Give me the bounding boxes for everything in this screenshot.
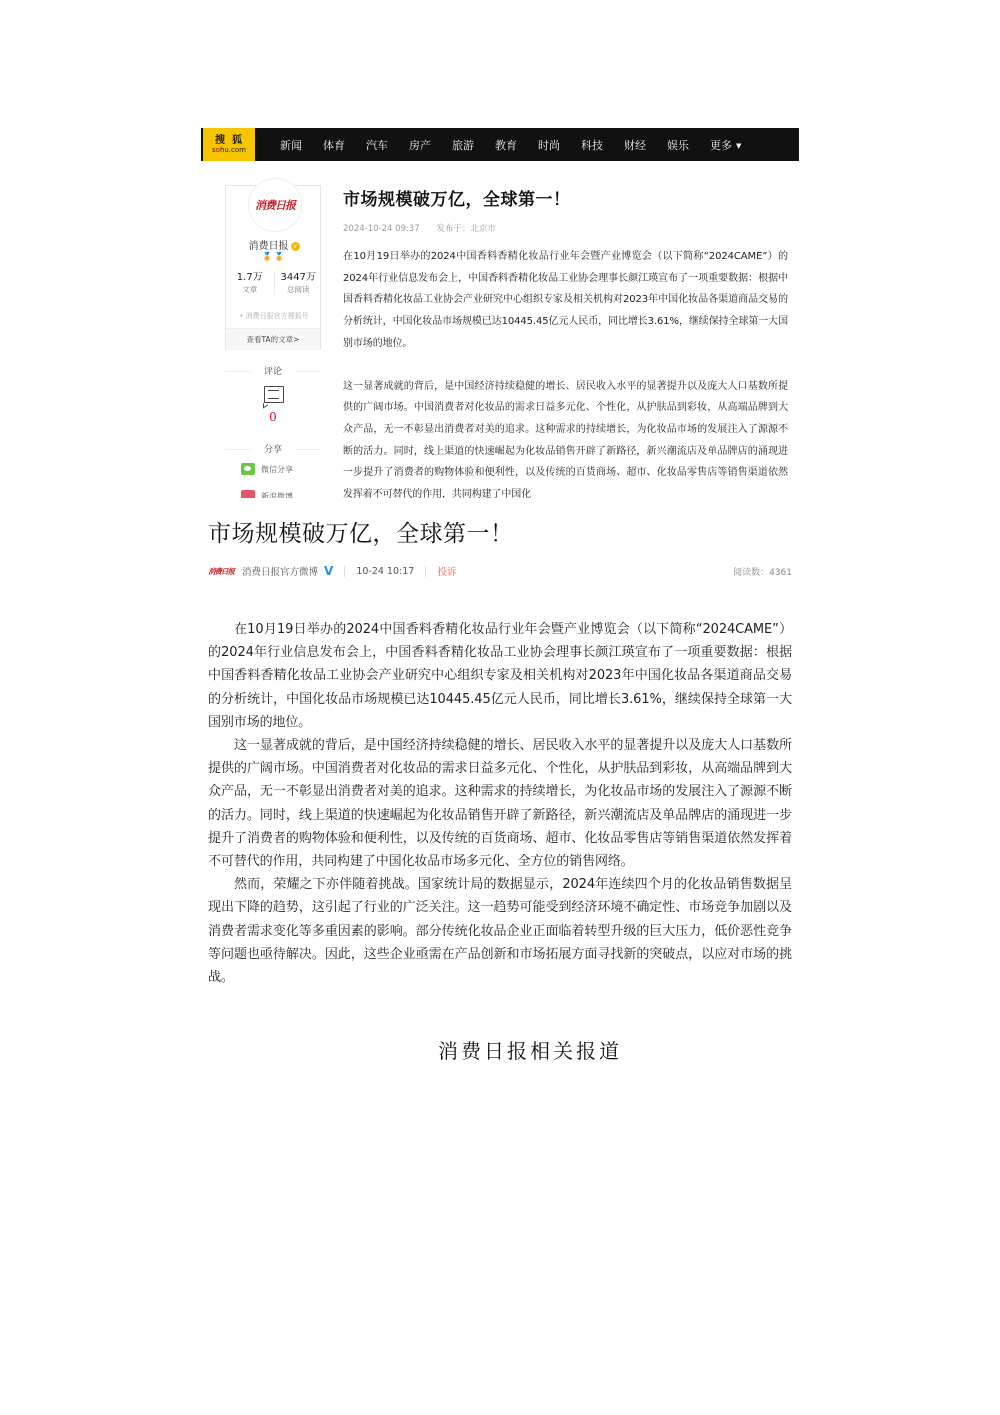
chevron-down-icon: ▼: [736, 142, 741, 150]
avatar[interactable]: 消费日报: [248, 178, 302, 232]
post-time: 10-24 10:17: [356, 566, 414, 577]
view-articles-button[interactable]: 查看TA的文章>: [226, 328, 320, 350]
nav-item-news[interactable]: 新闻: [280, 137, 302, 153]
weibo-article-body: 在10月19日举办的2024中国香料香精化妆品行业年会暨产业博览会（以下简称“2…: [208, 618, 792, 989]
medal-icons: 🏅🏅: [226, 252, 322, 261]
nav-item-entertainment[interactable]: 娱乐: [667, 137, 689, 153]
nav-item-finance[interactable]: 财经: [624, 137, 646, 153]
weibo-icon: [241, 490, 255, 498]
comments-label: 评论: [225, 364, 321, 377]
comment-count[interactable]: 0: [225, 410, 321, 424]
comment-icon[interactable]: [264, 386, 284, 403]
nav-item-fashion[interactable]: 时尚: [538, 137, 560, 153]
author-profile-card: 消费日报 消费日报v 🏅🏅 1.7万 文章 3447万 总阅读 • 消费日报官方…: [225, 185, 321, 350]
publisher-logo[interactable]: 消费日报: [208, 566, 234, 577]
nav-item-tech[interactable]: 科技: [581, 137, 603, 153]
divider: [344, 566, 345, 577]
nav-item-auto[interactable]: 汽车: [366, 137, 388, 153]
share-label: 分享: [225, 442, 321, 455]
page: 搜狐 sohu.com 新闻 体育 汽车 房产 旅游 教育 时尚 科技 财经 娱…: [0, 0, 1000, 1415]
article-paragraph: 然而，荣耀之下亦伴随着挑战。国家统计局的数据显示，2024年连续四个月的化妆品销…: [208, 873, 792, 989]
nav-item-more[interactable]: 更多▼: [710, 137, 741, 153]
official-account-label: • 消费日报官方搜狐号: [226, 311, 322, 321]
nav-item-sports[interactable]: 体育: [323, 137, 345, 153]
article-paragraph: 这一显著成就的背后，是中国经济持续稳健的增长、居民收入水平的显著提升以及庞大人口…: [343, 376, 788, 498]
read-count: 阅读数：4361: [733, 565, 792, 578]
article-datetime: 2024-10-24 09:37: [343, 224, 420, 234]
sohu-logo[interactable]: 搜狐 sohu.com: [203, 128, 255, 161]
nav-items: 新闻 体育 汽车 房产 旅游 教育 时尚 科技 财经 娱乐 更多▼: [280, 137, 762, 153]
author-stats: 1.7万 文章 3447万 总阅读: [226, 271, 322, 295]
author-name[interactable]: 消费日报官方微博: [242, 564, 318, 578]
verified-badge-icon: v: [291, 242, 300, 251]
article-title: 市场规模破万亿，全球第一！: [343, 185, 571, 210]
sohu-logo-en: sohu.com: [212, 146, 246, 155]
stat-total-reads: 3447万 总阅读: [274, 271, 323, 295]
article-body: 在10月19日举办的2024中国香料香精化妆品行业年会暨产业博览会（以下简称“2…: [343, 246, 788, 498]
article-meta: 2024-10-24 09:37 发布于：北京市: [343, 222, 496, 234]
share-weibo-button[interactable]: 新浪微博: [241, 490, 293, 498]
article-location: 发布于：北京市: [436, 224, 496, 234]
sohu-article-screenshot: 搜狐 sohu.com 新闻 体育 汽车 房产 旅游 教育 时尚 科技 财经 娱…: [201, 128, 799, 498]
divider: [425, 566, 426, 577]
weibo-article-title: 市场规模破万亿，全球第一！: [208, 515, 514, 548]
stat-articles: 1.7万 文章: [226, 271, 274, 295]
weibo-article-meta: 消费日报 消费日报官方微博 V 10-24 10:17 投诉 阅读数：4361: [208, 564, 792, 578]
article-paragraph: 在10月19日举办的2024中国香料香精化妆品行业年会暨产业博览会（以下简称“2…: [343, 246, 788, 355]
sohu-navbar: 搜狐 sohu.com 新闻 体育 汽车 房产 旅游 教育 时尚 科技 财经 娱…: [201, 128, 799, 161]
article-paragraph: 这一显著成就的背后，是中国经济持续稳健的增长、居民收入水平的显著提升以及庞大人口…: [208, 734, 792, 873]
nav-item-travel[interactable]: 旅游: [452, 137, 474, 153]
sohu-logo-cn: 搜狐: [209, 135, 249, 146]
share-wechat-button[interactable]: 微信分享: [241, 463, 293, 475]
author-name[interactable]: 消费日报v: [226, 237, 322, 252]
related-reports-heading: 消费日报相关报道: [0, 1035, 1000, 1064]
article-paragraph: 在10月19日举办的2024中国香料香精化妆品行业年会暨产业博览会（以下简称“2…: [208, 618, 792, 734]
nav-item-education[interactable]: 教育: [495, 137, 517, 153]
verified-v-icon: V: [324, 564, 333, 578]
nav-item-realestate[interactable]: 房产: [409, 137, 431, 153]
report-link[interactable]: 投诉: [437, 564, 456, 578]
wechat-icon: [241, 463, 255, 475]
